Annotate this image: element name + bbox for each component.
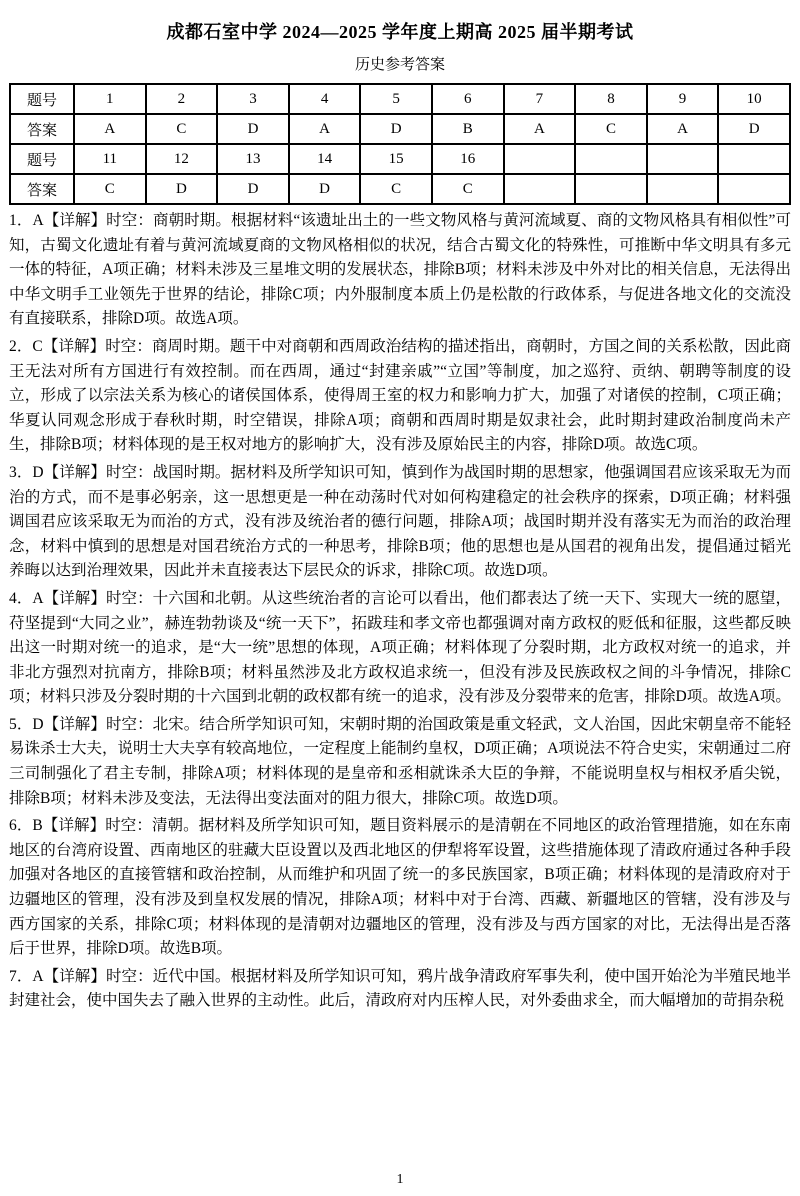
table-cell: 10: [718, 84, 790, 114]
table-cell: 16: [432, 144, 504, 174]
table-cell: [718, 174, 790, 204]
table-cell: 15: [360, 144, 432, 174]
table-cell: 8: [575, 84, 647, 114]
table-row-answers-1: 答案 A C D A D B A C A D: [10, 114, 790, 144]
table-cell: C: [432, 174, 504, 204]
row-header: 题号: [10, 84, 74, 114]
row-header: 答案: [10, 114, 74, 144]
table-cell: 6: [432, 84, 504, 114]
table-cell: [575, 174, 647, 204]
table-cell: [718, 144, 790, 174]
page-number: 1: [0, 1172, 800, 1188]
page-title: 成都石室中学 2024—2025 学年度上期高 2025 届半期考试: [9, 18, 791, 44]
explanation-paragraph-3: 3．D【详解】时空：战国时期。据材料及所学知识可知，慎到作为战国时期的思想家，他…: [9, 461, 791, 584]
table-cell: D: [217, 114, 289, 144]
table-cell: [647, 144, 719, 174]
table-cell: 5: [360, 84, 432, 114]
row-header: 答案: [10, 174, 74, 204]
table-cell: 9: [647, 84, 719, 114]
explanation-paragraph-6: 6．B【详解】时空：清朝。据材料及所学知识可知，题目资料展示的是清朝在不同地区的…: [9, 814, 791, 962]
table-cell: 13: [217, 144, 289, 174]
table-cell: C: [575, 114, 647, 144]
explanations-section: 1．A【详解】时空：商朝时期。根据材料“该遗址出土的一些文物风格与黄河流域夏、商…: [9, 209, 791, 1014]
table-cell: D: [289, 174, 361, 204]
table-cell: 4: [289, 84, 361, 114]
explanation-paragraph-5: 5．D【详解】时空：北宋。结合所学知识可知，宋朝时期的治国政策是重文轻武，文人治…: [9, 713, 791, 811]
table-cell: A: [289, 114, 361, 144]
table-cell: A: [647, 114, 719, 144]
table-cell: B: [432, 114, 504, 144]
table-cell: D: [217, 174, 289, 204]
explanation-paragraph-1: 1．A【详解】时空：商朝时期。根据材料“该遗址出土的一些文物风格与黄河流域夏、商…: [9, 209, 791, 332]
table-cell: 14: [289, 144, 361, 174]
table-cell: [575, 144, 647, 174]
explanation-paragraph-2: 2．C【详解】时空：商周时期。题干中对商朝和西周政治结构的描述指出，商朝时，方国…: [9, 335, 791, 458]
table-cell: 2: [146, 84, 218, 114]
table-cell: [647, 174, 719, 204]
table-cell: A: [74, 114, 146, 144]
table-cell: C: [74, 174, 146, 204]
row-header: 题号: [10, 144, 74, 174]
explanation-paragraph-7: 7．A【详解】时空：近代中国。根据材料及所学知识可知，鸦片战争清政府军事失利，使…: [9, 965, 791, 1014]
table-cell: 1: [74, 84, 146, 114]
table-cell: D: [360, 114, 432, 144]
table-row-question-numbers-1: 题号 1 2 3 4 5 6 7 8 9 10: [10, 84, 790, 114]
table-cell: D: [718, 114, 790, 144]
table-cell: 11: [74, 144, 146, 174]
table-cell: C: [360, 174, 432, 204]
table-cell: 7: [504, 84, 576, 114]
table-cell: 12: [146, 144, 218, 174]
table-cell: 3: [217, 84, 289, 114]
table-row-answers-2: 答案 C D D D C C: [10, 174, 790, 204]
table-cell: [504, 144, 576, 174]
table-cell: [504, 174, 576, 204]
explanation-paragraph-4: 4．A【详解】时空：十六国和北朝。从这些统治者的言论可以看出，他们都表达了统一天…: [9, 587, 791, 710]
table-cell: C: [146, 114, 218, 144]
table-row-question-numbers-2: 题号 11 12 13 14 15 16: [10, 144, 790, 174]
answer-table: 题号 1 2 3 4 5 6 7 8 9 10 答案 A C D A D B A: [9, 83, 791, 205]
table-cell: D: [146, 174, 218, 204]
page-subtitle: 历史参考答案: [9, 53, 791, 74]
exam-answer-page: 成都石室中学 2024—2025 学年度上期高 2025 届半期考试 历史参考答…: [0, 0, 800, 1196]
table-cell: A: [504, 114, 576, 144]
